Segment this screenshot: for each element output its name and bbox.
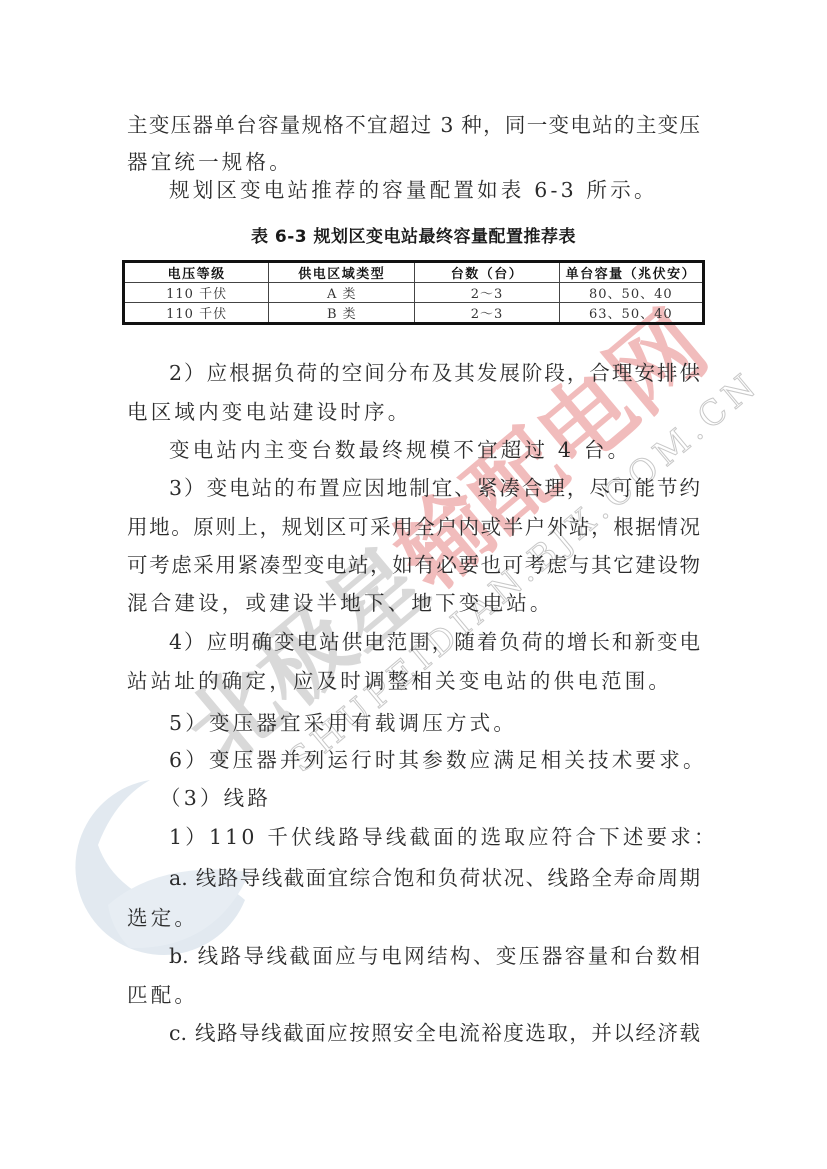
paragraph-line: 3）变电站的布置应因地制宜、紧凑合理，尽可能节约 (169, 476, 700, 500)
paragraph-line: 器宜统一规格。 (127, 150, 700, 174)
paragraph-line: b. 线路导线截面应与电网结构、变压器容量和台数相 (169, 944, 700, 968)
table-cell: A 类 (269, 283, 415, 303)
paragraph-line: 1）110 千伏线路导线截面的选取应符合下述要求： (169, 825, 718, 849)
paragraph-line: 6）变压器并列运行时其参数应满足相关技术要求。 (169, 748, 707, 772)
column-header: 电压等级 (124, 262, 269, 283)
paragraph-line: 主变压器单台容量规格不宜超过 3 种，同一变电站的主变压 (127, 113, 700, 137)
paragraph-line: 2）应根据负荷的空间分布及其发展阶段，合理安排供 (169, 361, 700, 385)
paragraph-line: 用地。原则上，规划区可采用全户内或半户外站，根据情况 (127, 515, 700, 539)
column-header: 单台容量（兆伏安） (559, 262, 703, 283)
table-cell: 2～3 (415, 283, 559, 303)
paragraph-line: 规划区变电站推荐的容量配置如表 6-3 所示。 (169, 178, 658, 202)
table-row: 110 千伏 A 类 2～3 80、50、40 (124, 283, 704, 303)
document-page: 主变压器单台容量规格不宜超过 3 种，同一变电站的主变压 器宜统一规格。 规划区… (0, 0, 827, 1169)
paragraph-line: 可考虑采用紧凑型变电站，如有必要也可考虑与其它建设物 (127, 553, 700, 577)
table-header-row: 电压等级 供电区域类型 台数（台） 单台容量（兆伏安） (124, 262, 704, 283)
paragraph-line: 5）变压器宜采用有载调压方式。 (169, 711, 517, 735)
paragraph-line: 电区域内变电站建设时序。 (127, 400, 700, 424)
table-cell: 110 千伏 (124, 303, 269, 324)
table-cell: 80、50、40 (559, 283, 703, 303)
table-row: 110 千伏 B 类 2～3 63、50、40 (124, 303, 704, 324)
column-header: 台数（台） (415, 262, 559, 283)
capacity-config-table: 电压等级 供电区域类型 台数（台） 单台容量（兆伏安） 110 千伏 A 类 2… (122, 260, 705, 325)
paragraph-line: 匹配。 (127, 983, 700, 1007)
paragraph-line: 4）应明确变电站供电范围，随着负荷的增长和新变电 (169, 630, 700, 654)
paragraph-line: c. 线路导线截面应按照安全电流裕度选取，并以经济载 (169, 1021, 700, 1045)
paragraph-line: 站站址的确定，应及时调整相关变电站的供电范围。 (127, 669, 700, 693)
section-heading: （3）线路 (160, 786, 271, 810)
table-cell: B 类 (269, 303, 415, 324)
paragraph-line: 选定。 (127, 906, 700, 930)
paragraph-line: a. 线路导线截面宜综合饱和负荷状况、线路全寿命周期 (169, 866, 700, 890)
column-header: 供电区域类型 (269, 262, 415, 283)
table-caption: 表 6-3 规划区变电站最终容量配置推荐表 (0, 222, 827, 247)
table-cell: 110 千伏 (124, 283, 269, 303)
table-cell: 2～3 (415, 303, 559, 324)
paragraph-line: 混合建设，或建设半地下、地下变电站。 (127, 591, 700, 615)
paragraph-line: 变电站内主变台数最终规模不宜超过 4 台。 (169, 438, 631, 462)
table-cell: 63、50、40 (559, 303, 703, 324)
